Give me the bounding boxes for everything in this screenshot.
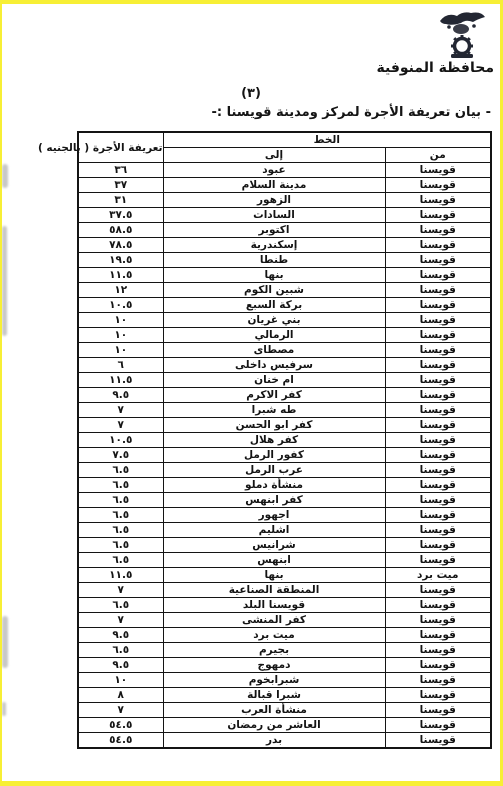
from-cell: قويسنا bbox=[385, 733, 491, 749]
from-header-cell: من bbox=[385, 148, 491, 163]
to-cell: بنها bbox=[163, 568, 385, 583]
from-cell: قويسنا bbox=[385, 283, 491, 298]
fare-cell: ٧.٥ bbox=[78, 448, 163, 463]
table-row: قويسناكفر ابو الحسن٧ bbox=[78, 418, 491, 433]
table-row: قويسناشبرابخوم١٠ bbox=[78, 673, 491, 688]
from-cell: قويسنا bbox=[385, 193, 491, 208]
fare-cell: ١٠.٥ bbox=[78, 298, 163, 313]
to-cell: كفر ابنهس bbox=[163, 493, 385, 508]
from-cell: قويسنا bbox=[385, 328, 491, 343]
to-cell: الزهور bbox=[163, 193, 385, 208]
table-row: قويسناشرانيس٦.٥ bbox=[78, 538, 491, 553]
to-cell: اجهور bbox=[163, 508, 385, 523]
to-cell: كفر المنشى bbox=[163, 613, 385, 628]
to-cell: اشليم bbox=[163, 523, 385, 538]
fare-cell: ٣٧ bbox=[78, 178, 163, 193]
from-cell: قويسنا bbox=[385, 493, 491, 508]
fare-cell: ٧ bbox=[78, 418, 163, 433]
fare-cell: ٣١ bbox=[78, 193, 163, 208]
fare-header-cell: تعريفة الأجرة ( بالجنيه ) bbox=[78, 132, 163, 163]
to-header-cell: إلى bbox=[163, 148, 385, 163]
to-cell: منشأة العرب bbox=[163, 703, 385, 718]
to-cell: الرمالي bbox=[163, 328, 385, 343]
table-row: قويسناالسادات٣٧.٥ bbox=[78, 208, 491, 223]
to-cell: كفر الاكرم bbox=[163, 388, 385, 403]
from-cell: قويسنا bbox=[385, 613, 491, 628]
table-row: قويسنابني غريان١٠ bbox=[78, 313, 491, 328]
from-cell: قويسنا bbox=[385, 238, 491, 253]
from-cell: قويسنا bbox=[385, 628, 491, 643]
table-row: قويسناابنهس٦.٥ bbox=[78, 553, 491, 568]
fare-cell: ٩.٥ bbox=[78, 388, 163, 403]
fare-cell: ٦.٥ bbox=[78, 523, 163, 538]
table-row: قويسناكفر هلال١٠.٥ bbox=[78, 433, 491, 448]
fare-cell: ٦.٥ bbox=[78, 553, 163, 568]
from-cell: قويسنا bbox=[385, 478, 491, 493]
from-cell: قويسنا bbox=[385, 343, 491, 358]
fare-cell: ٧٨.٥ bbox=[78, 238, 163, 253]
table-row: قويسنامدينة السلام٣٧ bbox=[78, 178, 491, 193]
to-cell: بدر bbox=[163, 733, 385, 749]
fare-cell: ٦.٥ bbox=[78, 643, 163, 658]
fare-cell: ١٩.٥ bbox=[78, 253, 163, 268]
scan-smudge bbox=[2, 702, 6, 716]
table-row: قويسناإسكندرية٧٨.٥ bbox=[78, 238, 491, 253]
to-cell: المنطقة الصناعية bbox=[163, 583, 385, 598]
table-row: قويسناشبرا قبالة٨ bbox=[78, 688, 491, 703]
table-row: قويسناطنطا١٩.٥ bbox=[78, 253, 491, 268]
table-row: قويسنامنشأة دملو٦.٥ bbox=[78, 478, 491, 493]
table-row: ميت بردبنها١١.٥ bbox=[78, 568, 491, 583]
scanned-document-page: محافظة المنوفية (٣) - بيان تعريفة الأجرة… bbox=[0, 0, 503, 786]
from-cell: قويسنا bbox=[385, 508, 491, 523]
to-cell: ام خنان bbox=[163, 373, 385, 388]
from-cell: قويسنا bbox=[385, 163, 491, 178]
from-cell: قويسنا bbox=[385, 433, 491, 448]
to-cell: طه شبرا bbox=[163, 403, 385, 418]
fare-cell: ١٠ bbox=[78, 328, 163, 343]
table-row: قويسنابركة السبع١٠.٥ bbox=[78, 298, 491, 313]
governorate-name: محافظة المنوفية bbox=[377, 60, 495, 76]
table-row: قويسناام خنان١١.٥ bbox=[78, 373, 491, 388]
to-cell: شرانيس bbox=[163, 538, 385, 553]
fare-cell: ١١.٥ bbox=[78, 268, 163, 283]
to-cell: كفور الرمل bbox=[163, 448, 385, 463]
fare-cell: ٩.٥ bbox=[78, 628, 163, 643]
to-cell: كفر هلال bbox=[163, 433, 385, 448]
to-cell: شبرا قبالة bbox=[163, 688, 385, 703]
from-cell: قويسنا bbox=[385, 268, 491, 283]
to-cell: مصطاى bbox=[163, 343, 385, 358]
scan-smudge bbox=[2, 616, 8, 668]
to-cell: شبين الكوم bbox=[163, 283, 385, 298]
fare-cell: ٦.٥ bbox=[78, 493, 163, 508]
table-row: قويسناكفر الاكرم٩.٥ bbox=[78, 388, 491, 403]
fare-table-body: قويسناعبود٣٦قويسنامدينة السلام٣٧قويسناال… bbox=[78, 163, 491, 749]
fare-cell: ١٠.٥ bbox=[78, 433, 163, 448]
from-cell: قويسنا bbox=[385, 598, 491, 613]
to-cell: ميت برد bbox=[163, 628, 385, 643]
to-cell: بنها bbox=[163, 268, 385, 283]
fare-cell: ١٠ bbox=[78, 343, 163, 358]
from-cell: ميت برد bbox=[385, 568, 491, 583]
fare-cell: ٣٦ bbox=[78, 163, 163, 178]
table-row: قويسناعبود٣٦ bbox=[78, 163, 491, 178]
table-row: قويسنااكتوبر٥٨.٥ bbox=[78, 223, 491, 238]
from-cell: قويسنا bbox=[385, 553, 491, 568]
table-row: قويسنادمهوج٩.٥ bbox=[78, 658, 491, 673]
from-cell: قويسنا bbox=[385, 358, 491, 373]
from-cell: قويسنا bbox=[385, 463, 491, 478]
to-cell: العاشر من رمضان bbox=[163, 718, 385, 733]
to-cell: بجيرم bbox=[163, 643, 385, 658]
fare-cell: ١١.٥ bbox=[78, 373, 163, 388]
fare-cell: ٧ bbox=[78, 583, 163, 598]
table-row: قويسنااجهور٦.٥ bbox=[78, 508, 491, 523]
from-cell: قويسنا bbox=[385, 403, 491, 418]
table-row: قويسنابدر٥٤.٥ bbox=[78, 733, 491, 749]
to-cell: عبود bbox=[163, 163, 385, 178]
fare-cell: ٦.٥ bbox=[78, 508, 163, 523]
table-header-row-1: الخط تعريفة الأجرة ( بالجنيه ) bbox=[78, 132, 491, 148]
table-row: قويسناالمنطقة الصناعية٧ bbox=[78, 583, 491, 598]
from-cell: قويسنا bbox=[385, 448, 491, 463]
to-cell: عرب الرمل bbox=[163, 463, 385, 478]
from-cell: قويسنا bbox=[385, 658, 491, 673]
from-cell: قويسنا bbox=[385, 223, 491, 238]
table-row: قويسنااشليم٦.٥ bbox=[78, 523, 491, 538]
fare-cell: ١٢ bbox=[78, 283, 163, 298]
to-cell: منشأة دملو bbox=[163, 478, 385, 493]
to-cell: ابنهس bbox=[163, 553, 385, 568]
fare-cell: ٦.٥ bbox=[78, 598, 163, 613]
to-cell: بني غريان bbox=[163, 313, 385, 328]
fare-cell: ٦.٥ bbox=[78, 538, 163, 553]
to-cell: مدينة السلام bbox=[163, 178, 385, 193]
fare-cell: ١٠ bbox=[78, 313, 163, 328]
from-cell: قويسنا bbox=[385, 373, 491, 388]
to-cell: قويسنا البلد bbox=[163, 598, 385, 613]
table-row: قويسناقويسنا البلد٦.٥ bbox=[78, 598, 491, 613]
table-row: قويسنابجيرم٦.٥ bbox=[78, 643, 491, 658]
from-cell: قويسنا bbox=[385, 313, 491, 328]
table-row: قويسناسرفيس داخلى٦ bbox=[78, 358, 491, 373]
fare-cell: ٥٨.٥ bbox=[78, 223, 163, 238]
scan-smudge bbox=[2, 164, 8, 188]
to-cell: كفر ابو الحسن bbox=[163, 418, 385, 433]
table-row: قويسنابنها١١.٥ bbox=[78, 268, 491, 283]
fare-cell: ٦.٥ bbox=[78, 478, 163, 493]
to-cell: السادات bbox=[163, 208, 385, 223]
scan-smudge bbox=[2, 226, 7, 336]
line-group-header-cell: الخط bbox=[163, 132, 491, 148]
to-cell: بركة السبع bbox=[163, 298, 385, 313]
fare-cell: ١٠ bbox=[78, 673, 163, 688]
to-cell: اكتوبر bbox=[163, 223, 385, 238]
table-row: قويسنامنشأة العرب٧ bbox=[78, 703, 491, 718]
fare-cell: ٧ bbox=[78, 403, 163, 418]
table-row: قويسناكفور الرمل٧.٥ bbox=[78, 448, 491, 463]
fare-cell: ٨ bbox=[78, 688, 163, 703]
from-cell: قويسنا bbox=[385, 718, 491, 733]
from-cell: قويسنا bbox=[385, 703, 491, 718]
from-cell: قويسنا bbox=[385, 418, 491, 433]
to-cell: دمهوج bbox=[163, 658, 385, 673]
to-cell: شبرابخوم bbox=[163, 673, 385, 688]
from-cell: قويسنا bbox=[385, 388, 491, 403]
from-cell: قويسنا bbox=[385, 523, 491, 538]
table-row: قويسناميت برد٩.٥ bbox=[78, 628, 491, 643]
from-cell: قويسنا bbox=[385, 643, 491, 658]
table-row: قويسناعرب الرمل٦.٥ bbox=[78, 463, 491, 478]
from-cell: قويسنا bbox=[385, 298, 491, 313]
table-row: قويسناالزهور٣١ bbox=[78, 193, 491, 208]
to-cell: طنطا bbox=[163, 253, 385, 268]
table-row: قويسناشبين الكوم١٢ bbox=[78, 283, 491, 298]
from-cell: قويسنا bbox=[385, 178, 491, 193]
fare-cell: ٥٤.٥ bbox=[78, 718, 163, 733]
from-cell: قويسنا bbox=[385, 583, 491, 598]
fare-cell: ٥٤.٥ bbox=[78, 733, 163, 749]
fare-cell: ٩.٥ bbox=[78, 658, 163, 673]
to-cell: سرفيس داخلى bbox=[163, 358, 385, 373]
from-cell: قويسنا bbox=[385, 253, 491, 268]
fare-table: الخط تعريفة الأجرة ( بالجنيه ) من إلى قو… bbox=[77, 131, 492, 749]
table-row: قويسناالرمالي١٠ bbox=[78, 328, 491, 343]
fare-cell: ٣٧.٥ bbox=[78, 208, 163, 223]
to-cell: إسكندرية bbox=[163, 238, 385, 253]
table-row: قويسنامصطاى١٠ bbox=[78, 343, 491, 358]
from-cell: قويسنا bbox=[385, 538, 491, 553]
eagle-gear-emblem-icon bbox=[434, 10, 490, 60]
table-row: قويسناالعاشر من رمضان٥٤.٥ bbox=[78, 718, 491, 733]
table-row: قويسناطه شبرا٧ bbox=[78, 403, 491, 418]
from-cell: قويسنا bbox=[385, 673, 491, 688]
fare-cell: ٧ bbox=[78, 613, 163, 628]
table-row: قويسناكفر ابنهس٦.٥ bbox=[78, 493, 491, 508]
document-title: - بيان تعريفة الأجرة لمركز ومدينة قويسنا… bbox=[211, 105, 491, 120]
fare-table-container: الخط تعريفة الأجرة ( بالجنيه ) من إلى قو… bbox=[77, 131, 490, 749]
fare-cell: ٦ bbox=[78, 358, 163, 373]
from-cell: قويسنا bbox=[385, 688, 491, 703]
fare-cell: ٦.٥ bbox=[78, 463, 163, 478]
page-number: (٣) bbox=[2, 86, 500, 101]
fare-cell: ٧ bbox=[78, 703, 163, 718]
fare-cell: ١١.٥ bbox=[78, 568, 163, 583]
table-row: قويسناكفر المنشى٧ bbox=[78, 613, 491, 628]
from-cell: قويسنا bbox=[385, 208, 491, 223]
